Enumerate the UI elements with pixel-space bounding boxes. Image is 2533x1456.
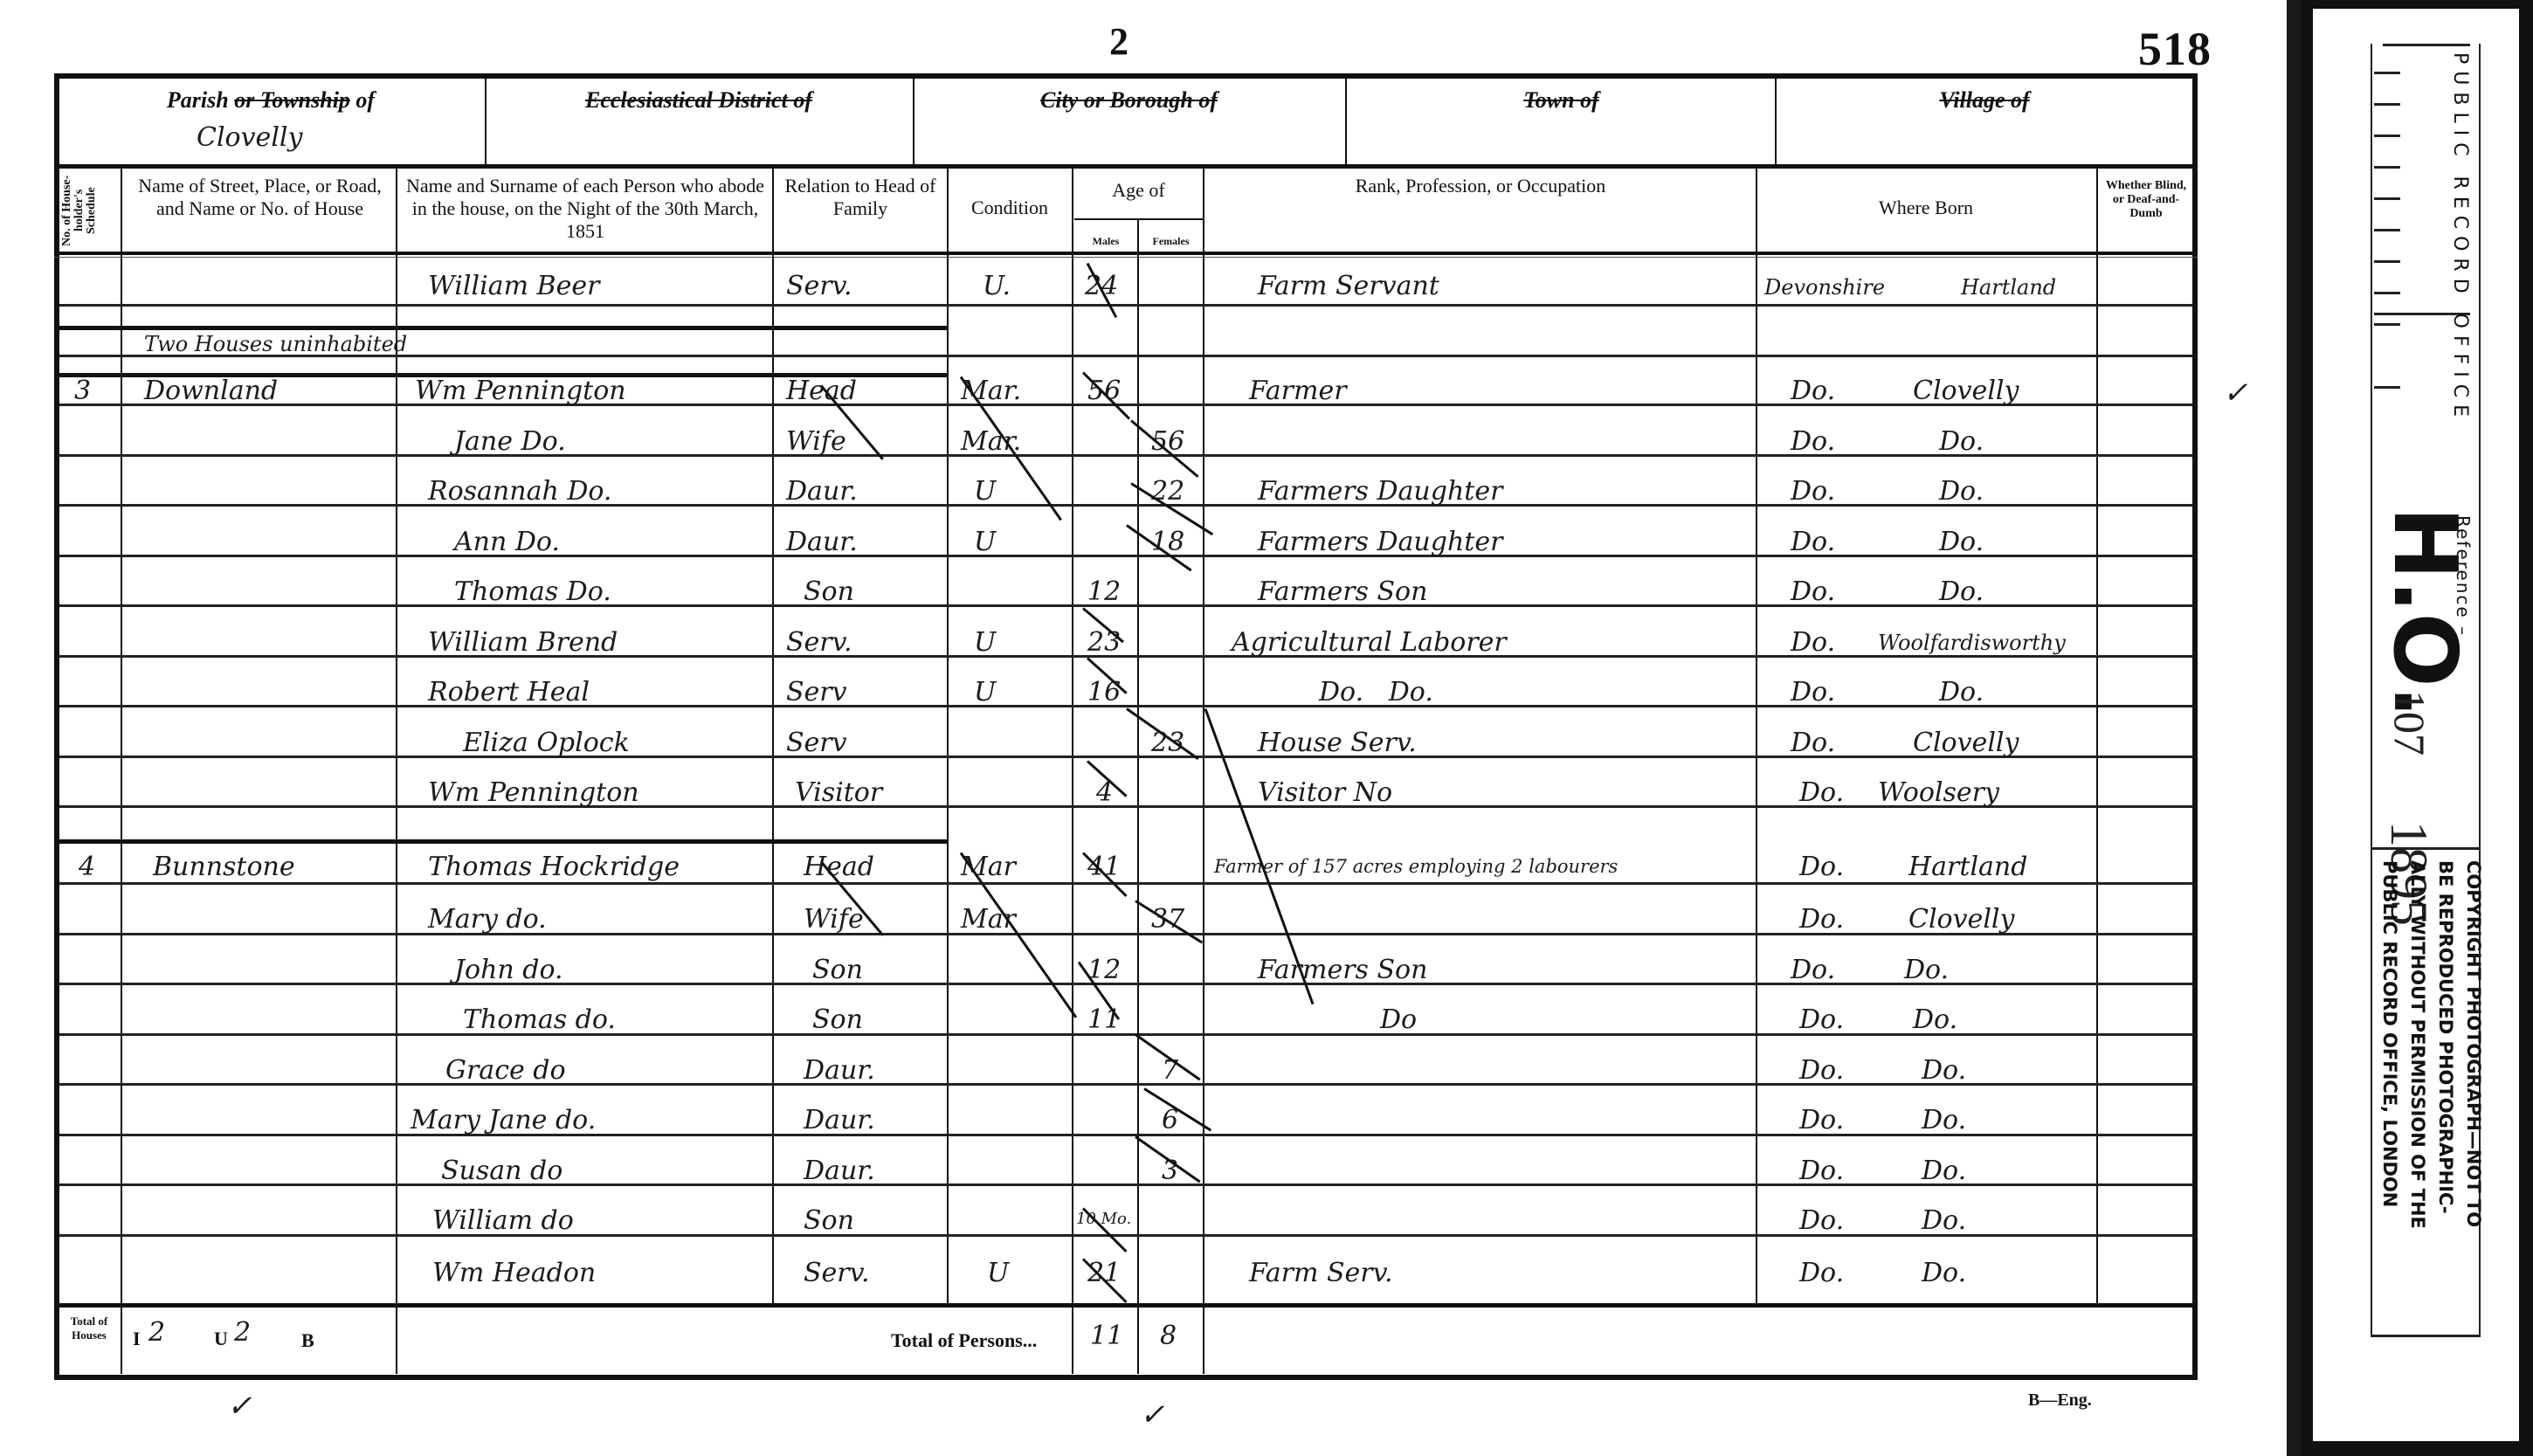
condition: U [974, 476, 996, 507]
schedule-number: 3 [74, 376, 91, 406]
relation: Daur. [804, 1055, 875, 1086]
person-name: Thomas Do. [454, 576, 611, 607]
col-divider-females [1203, 169, 1204, 1374]
col-header-condition: Condition [950, 197, 1069, 219]
person-name: Jane Do. [454, 426, 566, 457]
born-place: Do. [1922, 1055, 1966, 1086]
relation: Son [804, 1205, 854, 1236]
occupation: House Serv. [1258, 728, 1417, 758]
person-name: William Beer [428, 271, 599, 301]
relation: Wife [804, 904, 864, 935]
relation: Head [804, 852, 874, 882]
born-place: Do. [1939, 426, 1984, 457]
born-place: Do. [1904, 955, 1949, 985]
copyright-line: PUBLIC RECORD OFFICE, LONDON [2376, 860, 2404, 1328]
col-header-occupation: Rank, Profession, or Occupation [1293, 175, 1668, 197]
occupation: Farmers Son [1258, 576, 1427, 607]
age-male: 41 [1087, 852, 1121, 882]
relation: Daur. [786, 476, 858, 507]
person-name: Mary Jane do. [411, 1105, 596, 1135]
district-divider [1345, 77, 1347, 164]
occupation: Farmer of 157 acres employing 2 labourer… [1214, 856, 1618, 877]
inhabited-value: 2 [148, 1317, 165, 1348]
township-struck: or Township [234, 87, 350, 113]
age-male: 10 Mo. [1076, 1210, 1131, 1228]
age-male: 11 [1087, 1004, 1121, 1035]
person-name: Ann Do. [454, 527, 560, 557]
relation: Wife [786, 426, 846, 457]
col-header-name: Name and Surname of each Person who abod… [400, 175, 770, 243]
person-name: William do [432, 1205, 574, 1236]
relation: Daur. [786, 527, 858, 557]
person-name: Wm Headon [432, 1258, 596, 1288]
born-place: Clovelly [1913, 376, 2019, 406]
occupation: Do. Do. [1319, 677, 1433, 707]
born-place: Do. [1939, 527, 1984, 557]
col-header-where-born: Where Born [1760, 197, 2092, 219]
relation: Head [786, 376, 857, 406]
condition: U [974, 627, 996, 658]
condition: U [987, 1258, 1009, 1288]
person-name: Grace do [445, 1055, 566, 1086]
parish-label: Parish or Township of [61, 87, 480, 114]
born-county: Do. [1799, 1205, 1844, 1236]
street: Downland [144, 376, 278, 406]
reference-series: H.O. [2374, 507, 2476, 718]
copyright-line: COPYRIGHT PHOTOGRAPH—NOT TO [2460, 860, 2488, 1328]
born-place: Do. [1922, 1205, 1966, 1236]
born-place: Do. [1913, 1004, 1957, 1035]
born-place: Do. [1939, 476, 1984, 507]
born-county: Do. [1791, 728, 1835, 758]
born-place: Do. [1922, 1258, 1966, 1288]
born-county: Do. [1799, 777, 1844, 808]
total-males: 11 [1090, 1321, 1123, 1351]
relation: Son [812, 1004, 863, 1035]
copyright-line: ALLY WITHOUT PERMISSION OF THE [2404, 860, 2432, 1328]
born-place: Do. [1922, 1156, 1966, 1186]
margin-tick: ✓ [227, 1389, 252, 1424]
born-county: Do. [1791, 376, 1835, 406]
household-separator [54, 839, 947, 844]
relation: Son [812, 955, 863, 985]
relation: Son [804, 576, 854, 607]
person-name: Eliza Oplock [463, 728, 630, 758]
born-place: Do. [1922, 1105, 1966, 1135]
age-female: 23 [1151, 728, 1184, 758]
district-divider [485, 77, 487, 164]
born-county: Do. [1791, 476, 1835, 507]
person-name: Susan do [441, 1156, 563, 1186]
person-name: Wm Pennington [415, 376, 626, 406]
street: Bunnstone [153, 852, 295, 882]
occupation: Do [1380, 1004, 1417, 1035]
born-county: Do. [1799, 1156, 1844, 1186]
occupation: Farmers Daughter [1258, 476, 1502, 507]
relation: Serv. [804, 1258, 870, 1288]
total-persons-label: Total of Persons... [891, 1329, 1037, 1352]
district-divider [913, 77, 915, 164]
reference-piece-prefix: 107 [2385, 690, 2435, 756]
total-females: 8 [1160, 1321, 1177, 1351]
uninhabited-note: Two Houses uninhabited [144, 332, 407, 356]
occupation: Farmer [1249, 376, 1347, 406]
col-header-relation: Relation to Head of Family [777, 175, 943, 220]
person-name: William Brend [428, 627, 618, 658]
ecclesiastical-district-label: Ecclesiastical District of [489, 87, 908, 114]
page-number: 2 [1109, 19, 1128, 64]
uninhabited-label: U [214, 1328, 228, 1350]
born-place: Clovelly [1913, 728, 2019, 758]
born-county: Do. [1799, 1055, 1844, 1086]
household-separator [54, 326, 947, 330]
condition: U. [983, 271, 1011, 301]
born-place: Hartland [1908, 852, 2027, 882]
born-county: Do. [1791, 677, 1835, 707]
born-place: Woolsery [1878, 777, 1999, 808]
parish-label-of: of [350, 87, 375, 113]
born-county: Do. [1791, 576, 1835, 607]
relation: Daur. [804, 1156, 875, 1186]
condition: U [974, 677, 996, 707]
age-male: 24 [1085, 271, 1118, 301]
village-label: Village of [1779, 87, 2190, 114]
born-county: Do. [1791, 955, 1835, 985]
building-label: B [301, 1329, 314, 1352]
district-band-bottom [54, 164, 2198, 169]
person-name: John do. [454, 955, 563, 985]
person-name: Thomas do. [463, 1004, 616, 1035]
person-name: Thomas Hockridge [428, 852, 680, 882]
copyright-line: BE REPRODUCED PHOTOGRAPHIC- [2432, 860, 2460, 1328]
col-divider-schedule [121, 169, 122, 1374]
relation: Serv [786, 677, 847, 707]
relation: Serv. [786, 627, 852, 658]
age-male: 23 [1087, 627, 1121, 658]
person-name: Rosannah Do. [428, 476, 611, 507]
born-place: Clovelly [1908, 904, 2014, 935]
person-name: Mary do. [428, 904, 547, 935]
born-county: Do. [1799, 1105, 1844, 1135]
age-subheader-rule [1074, 218, 1203, 220]
born-place: Hartland [1961, 275, 2056, 300]
pro-stamp-card: PUBLIC RECORD OFFICE Reference – H.O. 10… [2313, 9, 2519, 1441]
col-header-age-of: Age of [1074, 179, 1203, 202]
footer-code: B—Eng. [2028, 1390, 2092, 1411]
occupation: Farm Serv. [1249, 1258, 1393, 1288]
born-county: Do. [1791, 426, 1835, 457]
age-male: 12 [1087, 576, 1121, 607]
town-label: Town of [1349, 87, 1773, 114]
condition: U [974, 527, 996, 557]
born-county: Do. [1799, 852, 1844, 882]
schedule-number: 4 [79, 852, 95, 882]
column-header-bottom [54, 252, 2198, 255]
parish-value: Clovelly [197, 122, 302, 153]
born-place: Do. [1939, 576, 1984, 607]
relation: Daur. [804, 1105, 875, 1135]
parish-label-text: Parish [167, 87, 234, 113]
col-header-males: Males [1074, 234, 1137, 248]
city-borough-label: City or Borough of [917, 87, 1341, 114]
folio-number: 518 [2138, 22, 2212, 76]
margin-tick: ✓ [1140, 1397, 1165, 1432]
total-houses-label: Total of Houses [61, 1315, 117, 1342]
occupation: Agricultural Laborer [1232, 627, 1507, 658]
occupation: Visitor No [1258, 777, 1392, 808]
margin-tick: ✓ [2223, 376, 2248, 411]
relation: Visitor [795, 777, 882, 808]
born-county: Do. [1791, 527, 1835, 557]
born-county: Do. [1791, 627, 1835, 658]
col-header-blind-deaf: Whether Blind, or Deaf-and-Dumb [2100, 179, 2192, 221]
born-place: Woolfardisworthy [1878, 631, 2066, 655]
born-place: Do. [1939, 677, 1984, 707]
col-divider-condition [1072, 169, 1073, 1374]
col-header-females: Females [1139, 234, 1203, 248]
col-header-street: Name of Street, Place, or Road, and Name… [127, 175, 393, 220]
occupation: Farm Servant [1258, 271, 1439, 301]
table-body-bottom [54, 1303, 2198, 1308]
uninhabited-value: 2 [234, 1317, 251, 1348]
occupation: Farmers Son [1258, 955, 1427, 985]
district-divider [1775, 77, 1777, 164]
relation: Serv. [786, 271, 852, 301]
born-county: Do. [1799, 1004, 1844, 1035]
born-county: Do. [1799, 1258, 1844, 1288]
person-name: Robert Heal [428, 677, 590, 707]
col-header-schedule: No. of House-holder's Schedule [61, 173, 117, 248]
occupation: Farmers Daughter [1258, 527, 1502, 557]
born-county: Do. [1799, 904, 1844, 935]
copyright-notice: COPYRIGHT PHOTOGRAPH—NOT TO BE REPRODUCE… [2376, 860, 2477, 1328]
column-header-double-rule [54, 257, 2198, 258]
born-county: Devonshire [1764, 275, 1885, 300]
inhabited-label: I [133, 1328, 141, 1350]
col-divider-males [1137, 218, 1139, 1374]
pro-office-label: PUBLIC RECORD OFFICE [2449, 52, 2471, 424]
age-male: 21 [1087, 1258, 1121, 1288]
relation: Serv [786, 728, 847, 758]
person-name: Wm Pennington [428, 777, 639, 808]
page-edge-shadow [2287, 0, 2301, 1456]
age-female: 22 [1151, 476, 1184, 507]
